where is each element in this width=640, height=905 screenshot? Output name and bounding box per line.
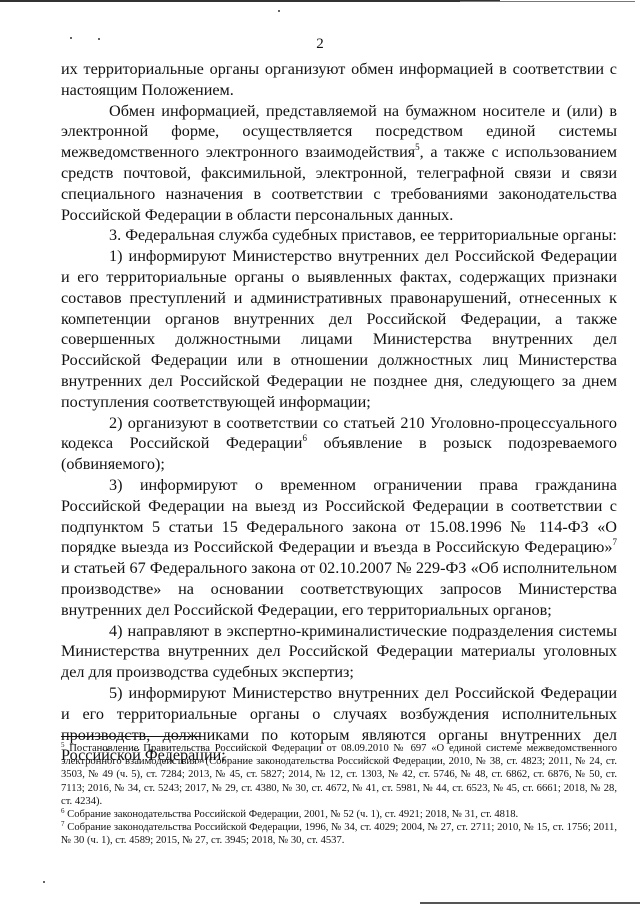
footnote-7: 7 Собрание законодательства Российской Ф… xyxy=(61,821,617,847)
paragraph-0: их территориальные органы организуют обм… xyxy=(61,59,617,101)
paragraph-1: Обмен информацией, представляемой на бум… xyxy=(61,101,617,226)
footnote-5: 5 Постановление Правительства Российской… xyxy=(61,742,617,808)
document-page: 2 их территориальные органы организуют о… xyxy=(0,0,640,905)
scan-edge-top xyxy=(0,0,500,2)
footnote-separator xyxy=(61,736,201,737)
paragraph-item-1: 1) информируют Министерство внутренних д… xyxy=(61,246,617,412)
page-number: 2 xyxy=(0,36,640,53)
paragraph-item-3: 3) информируют о временном ограничении п… xyxy=(61,475,617,621)
footnotes: 5 Постановление Правительства Российской… xyxy=(61,742,617,848)
body-text: их территориальные органы организуют обм… xyxy=(61,59,617,766)
footnote-ref-7[interactable]: 7 xyxy=(613,537,618,547)
footnote-6: 6 Собрание законодательства Российской Ф… xyxy=(61,808,617,821)
paragraph-section-3-heading: 3. Федеральная служба судебных приставов… xyxy=(61,225,617,246)
paragraph-item-2: 2) организуют в соответствии со статьей … xyxy=(61,413,617,475)
paragraph-item-4: 4) направляют в экспертно-криминалистиче… xyxy=(61,621,617,683)
scan-speck xyxy=(278,10,280,12)
scan-edge-top-right xyxy=(460,1,635,2)
scan-edge-bottom xyxy=(420,902,640,904)
scan-speck xyxy=(43,881,45,883)
